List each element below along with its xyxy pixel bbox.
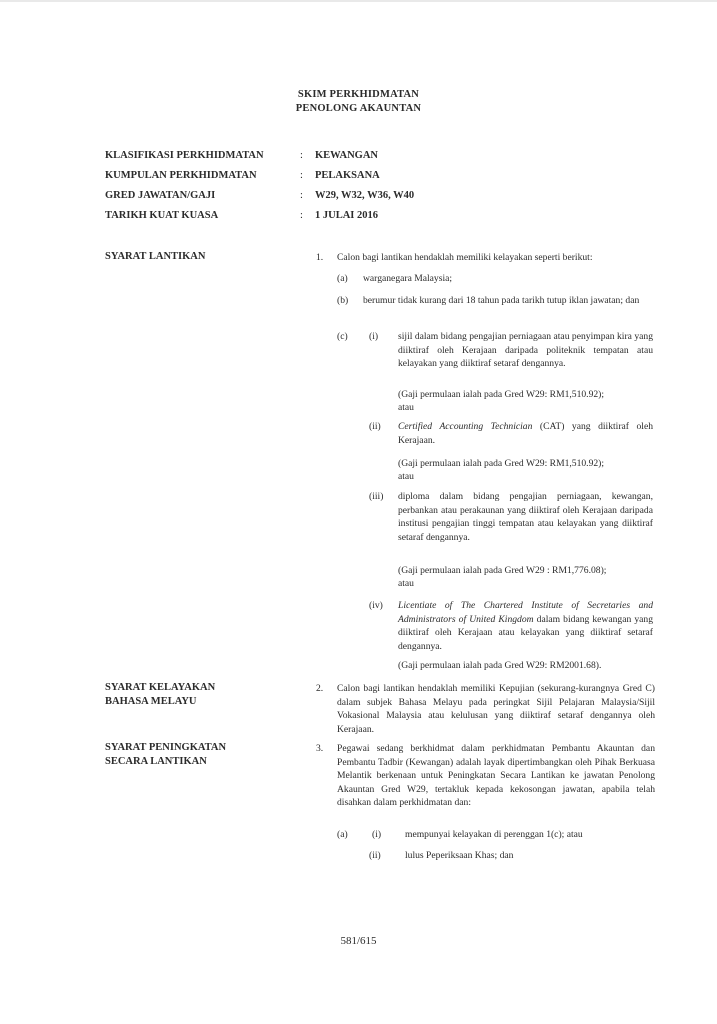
page-top-edge [0,0,717,2]
or-connector: atau [398,401,414,415]
item-mark-c: (c) [337,330,348,344]
label-line: SYARAT PENINGKATAN [105,741,226,755]
document-title-line2: PENOLONG AKAUNTAN [0,103,717,114]
meta-label: KUMPULAN PERKHIDMATAN [105,170,257,181]
salary-note: (Gaji permulaan ialah pada Gred W29: RM2… [398,659,658,673]
peningkatan-text: Pegawai sedang berkhidmat dalam perkhidm… [337,742,655,810]
item-b-text: berumur tidak kurang dari 18 tahun pada … [363,294,653,308]
sub-item-mark: (ii) [369,420,381,434]
page-number: 581/615 [0,935,717,947]
sub-item-c-iii-text: diploma dalam bidang pengajian perniagaa… [398,490,653,544]
label-line: BAHASA MELAYU [105,695,215,709]
meta-colon: : [300,190,303,201]
section-label-syarat-kelayakan-bm: SYARAT KELAYAKAN BAHASA MELAYU [105,681,215,709]
document-title-line1: SKIM PERKHIDMATAN [0,89,717,100]
item-mark-a: (a) [337,272,348,286]
meta-value: W29, W32, W36, W40 [315,190,414,201]
paragraph-number: 3. [316,742,323,756]
sub-item-c-i-text: sijil dalam bidang pengajian perniagaan … [398,330,653,371]
peningkatan-i-text: mempunyai kelayakan di perenggan 1(c); a… [405,828,665,842]
sub-item-mark: (ii) [369,849,381,863]
meta-label: GRED JAWATAN/GAJI [105,190,215,201]
meta-colon: : [300,210,303,221]
peningkatan-ii-text: lulus Peperiksaan Khas; dan [405,849,665,863]
sub-item-mark: (i) [372,828,381,842]
italic-qualification: Certified Accounting Technician [398,421,532,432]
meta-label: TARIKH KUAT KUASA [105,210,218,221]
salary-note: (Gaji permulaan ialah pada Gred W29 : RM… [398,564,658,578]
item-mark-a: (a) [337,828,348,842]
meta-value: PELAKSANA [315,170,380,181]
item-a-text: warganegara Malaysia; [363,272,653,286]
sub-item-c-iv-text: Licentiate of The Chartered Institute of… [398,599,653,653]
meta-label: KLASIFIKASI PERKHIDMATAN [105,150,264,161]
section-label-syarat-lantikan: SYARAT LANTIKAN [105,250,205,264]
section-label-syarat-peningkatan: SYARAT PENINGKATAN SECARA LANTIKAN [105,741,226,769]
salary-note: (Gaji permulaan ialah pada Gred W29: RM1… [398,388,658,402]
bahasa-text: Calon bagi lantikan hendaklah memiliki K… [337,682,655,736]
label-line: SYARAT KELAYAKAN [105,681,215,695]
lantikan-intro: Calon bagi lantikan hendaklah memiliki k… [337,251,657,265]
label-line: SECARA LANTIKAN [105,755,226,769]
salary-note: (Gaji permulaan ialah pada Gred W29: RM1… [398,457,658,471]
paragraph-number: 1. [316,251,323,265]
meta-value: KEWANGAN [315,150,378,161]
meta-colon: : [300,170,303,181]
sub-item-mark: (iv) [369,599,383,613]
sub-item-c-ii-text: Certified Accounting Technician (CAT) ya… [398,420,653,447]
or-connector: atau [398,577,414,591]
or-connector: atau [398,470,414,484]
sub-item-mark: (iii) [369,490,383,504]
meta-colon: : [300,150,303,161]
item-mark-b: (b) [337,294,348,308]
meta-value: 1 JULAI 2016 [315,210,378,221]
paragraph-number: 2. [316,682,323,696]
sub-item-mark: (i) [369,330,378,344]
